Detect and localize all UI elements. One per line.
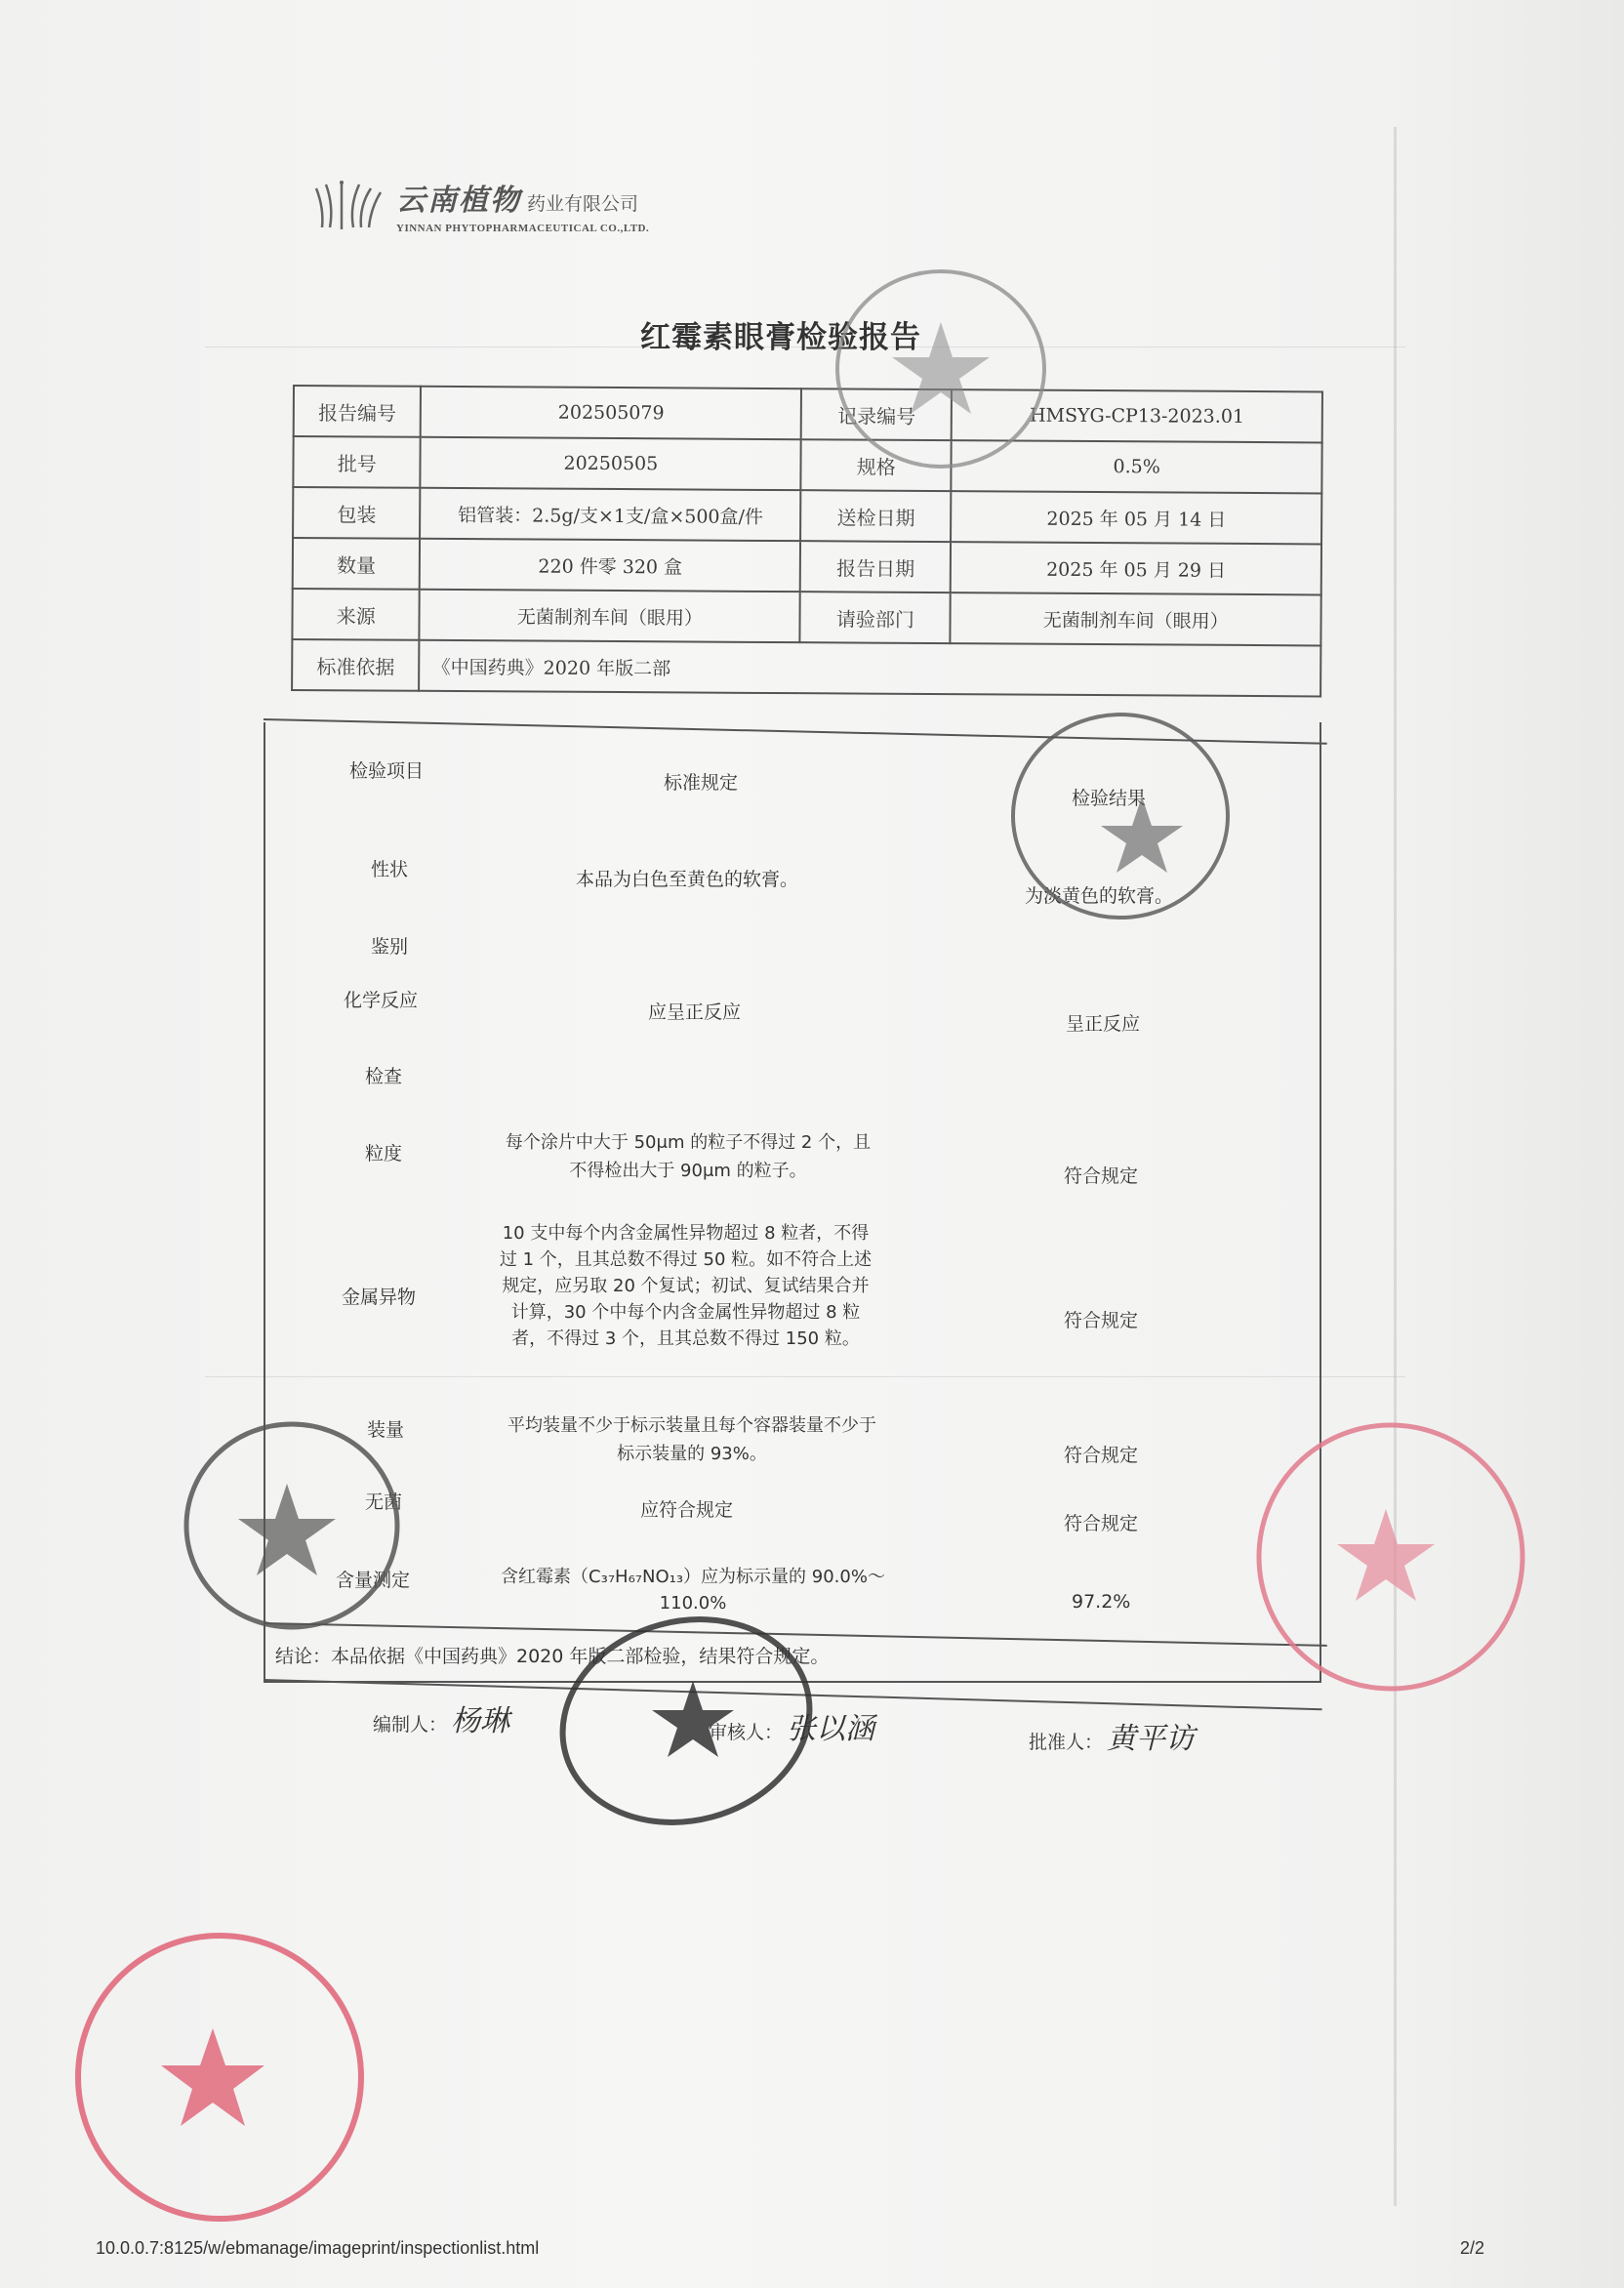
print-url: 10.0.0.7:8125/w/ebmanage/imageprint/insp… [96,2238,539,2259]
test-item: 性状 [371,855,408,881]
approved-signature: 黄平访 [1107,1722,1195,1756]
test-item: 含量测定 [336,1566,410,1592]
leaf-logo-icon [310,179,385,231]
info-row: 来源 无菌制剂车间（眼用） 请验部门 无菌制剂车间（眼用） [292,589,1320,645]
test-item: 无菌 [365,1488,402,1514]
info-label: 报告编号 [294,386,422,437]
document-title: 红霉素眼膏检验报告 [640,312,921,356]
prepared-label: 编制人： [373,1714,447,1736]
info-label: 规格 [801,439,952,491]
prepared-signature: 杨琳 [451,1704,509,1738]
report-info-table: 报告编号 202505079 记录编号 HMSYG-CP13-2023.01 批… [291,385,1323,697]
info-label: 来源 [292,589,420,640]
report-date: 2025 年 05 月 29 日 [951,542,1321,594]
header-item: 检验项目 [349,756,424,783]
conclusion: 结论：本品依据《中国药典》2020 年版二部检验，结果符合规定。 [275,1642,829,1668]
approved-by: 批准人：黄平访 [1029,1714,1195,1757]
test-standard: 10 支中每个内含金属性异物超过 8 粒者，不得过 1 个，且其总数不得过 50… [498,1220,873,1352]
info-row: 批号 20250505 规格 0.5% [293,436,1321,493]
test-item: 粒度 [365,1139,402,1165]
header-result: 检验结果 [1072,784,1146,810]
submit-date: 2025 年 05 月 14 日 [951,491,1321,544]
test-result: 为淡黄色的软膏。 [1025,881,1173,908]
info-row: 包装 铝管装：2.5g/支×1支/盒×500盒/件 送检日期 2025 年 05… [293,487,1321,544]
test-item: 鉴别 [371,932,408,959]
prepared-by: 编制人：杨琳 [373,1696,509,1739]
test-standard: 平均装量不少于标示装量且每个容器装量不少于标示装量的 93%。 [502,1411,882,1468]
test-item: 检查 [365,1062,402,1088]
company-name-sub: 药业有限公司 [527,193,638,215]
test-result: 符合规定 [1064,1306,1138,1332]
company-name-en: YINNAN PHYTOPHARMACEUTICAL CO.,LTD. [396,223,649,234]
info-label: 报告日期 [800,541,951,592]
test-result: 符合规定 [1064,1162,1138,1188]
info-row: 标准依据 《中国药典》2020 年版二部 [292,639,1320,696]
approved-label: 批准人： [1029,1732,1103,1753]
test-result: 符合规定 [1064,1509,1138,1535]
test-result: 符合规定 [1064,1441,1138,1467]
reviewed-by: 审核人：张以涵 [709,1704,874,1747]
test-item: 化学反应 [344,986,418,1012]
info-label: 请验部门 [800,592,951,643]
info-label: 批号 [293,436,421,488]
batch-number: 20250505 [421,437,801,490]
quantity: 220 件零 320 盒 [420,539,800,592]
info-label: 包装 [293,487,421,539]
info-label: 送检日期 [800,490,951,542]
info-label: 数量 [293,538,421,590]
header-standard: 标准规定 [664,768,738,795]
test-standard: 每个涂片中大于 50μm 的粒子不得过 2 个，且不得检出大于 90μm 的粒子… [498,1128,878,1185]
test-result: 97.2% [1072,1591,1130,1613]
specification: 0.5% [952,440,1322,493]
company-logo: 云南植物药业有限公司 YINNAN PHYTOPHARMACEUTICAL CO… [310,176,649,234]
info-label: 标准依据 [292,639,420,691]
company-name-main: 云南植物 [396,184,521,218]
packaging: 铝管装：2.5g/支×1支/盒×500盒/件 [421,488,801,541]
record-number: HMSYG-CP13-2023.01 [952,389,1322,442]
standard-basis: 《中国药典》2020 年版二部 [420,640,1321,697]
reviewed-label: 审核人： [709,1722,783,1743]
page-edge [1394,127,1397,2206]
info-row: 报告编号 202505079 记录编号 HMSYG-CP13-2023.01 [294,386,1322,442]
info-row: 数量 220 件零 320 盒 报告日期 2025 年 05 月 29 日 [293,538,1321,594]
requesting-department: 无菌制剂车间（眼用） [951,592,1321,645]
test-standard: 本品为白色至黄色的软膏。 [576,865,798,891]
test-item: 金属异物 [342,1283,416,1309]
report-number: 202505079 [421,387,801,439]
test-item: 装量 [367,1415,404,1442]
test-standard: 含红霉素（C₃₇H₆₇NO₁₃）应为标示量的 90.0%～110.0% [488,1564,898,1616]
test-standard: 应符合规定 [640,1495,733,1522]
test-result: 呈正反应 [1066,1009,1140,1036]
page-number: 2/2 [1460,2238,1484,2259]
reviewed-signature: 张以涵 [787,1712,874,1746]
test-standard: 应呈正反应 [648,998,741,1024]
source: 无菌制剂车间（眼用） [420,590,800,642]
info-label: 记录编号 [801,388,952,440]
